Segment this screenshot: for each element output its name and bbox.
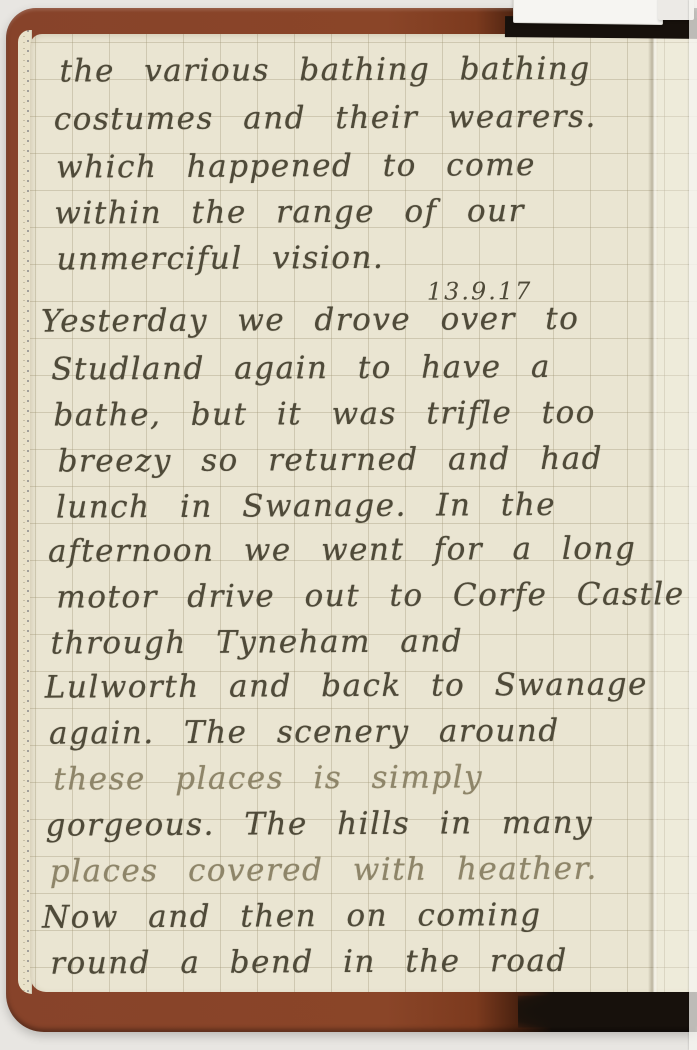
handwritten-line: costumes and their wearers. bbox=[54, 97, 597, 140]
handwritten-line: gorgeous. The hills in many bbox=[45, 803, 593, 846]
handwritten-line: unmerciful vision. bbox=[57, 238, 385, 280]
handwritten-line: Yesterday we drove over to bbox=[41, 299, 580, 342]
handwritten-line: places covered with heather. bbox=[50, 849, 598, 892]
handwritten-line: round a bend in the road bbox=[50, 941, 568, 984]
diary-text: the various bathing bathing costumes and… bbox=[0, 0, 697, 1050]
handwritten-line: which happened to come bbox=[56, 145, 536, 188]
handwritten-line: motor drive out to Corfe Castle bbox=[56, 574, 684, 617]
handwritten-line: the various bathing bathing bbox=[60, 49, 591, 92]
notebook-photo: the various bathing bathing costumes and… bbox=[0, 0, 697, 1050]
handwritten-line: breezy so returned and had bbox=[58, 439, 604, 482]
handwritten-line: Studland again to have a bbox=[51, 347, 551, 390]
handwritten-line: through Tyneham and bbox=[51, 621, 464, 663]
handwritten-line: bathe, but it was trifle too bbox=[53, 393, 596, 436]
handwritten-line: these places is simply bbox=[53, 757, 483, 799]
paper-tab bbox=[513, 0, 663, 25]
handwritten-line: Now and then on coming bbox=[42, 895, 542, 938]
handwritten-line: within the range of our bbox=[54, 191, 525, 233]
adjacent-page-edge bbox=[689, 0, 697, 1050]
handwritten-line: again. The scenery around bbox=[49, 711, 560, 754]
handwritten-line: Lulworth and back to Swanage bbox=[45, 664, 648, 707]
handwritten-line: afternoon we went for a long bbox=[48, 528, 636, 571]
worn-cover-edge-bottom bbox=[518, 994, 697, 1027]
handwritten-line: lunch in Swanage. In the bbox=[56, 485, 556, 528]
